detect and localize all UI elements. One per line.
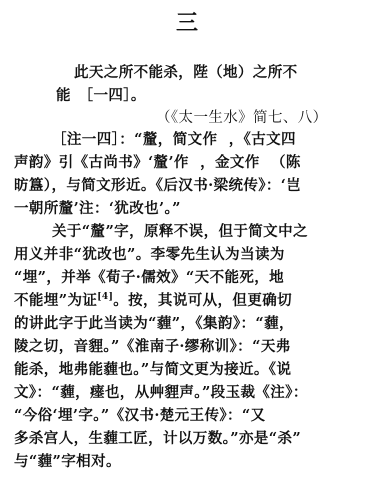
body-line: 文》：“薶，瘗也，从艸貍声。”段玉裁《注》：	[14, 382, 320, 404]
note-line: 昉簋），与简文形近。《后汉书·梁统传》：‘岂	[14, 175, 320, 197]
note-line: 声韵》引《古尚书》‘釐’作 𠫬 ，金文作 𠫬 （陈	[14, 152, 320, 174]
quote-source: （《太一生水》简七、八）	[14, 107, 374, 129]
footnote-ref: [4]	[97, 292, 113, 302]
quote-line: 能 ［一四］。	[14, 85, 362, 107]
body-line: “埋”，并举《荀子·儒效》“天不能死，地	[14, 267, 320, 289]
body-line: 能杀，地弗能薶也。”与简文更为接近。《说	[14, 359, 320, 381]
body-line: “今俗‘埋’字。”《汉书·楚元王传》：“又	[14, 405, 320, 427]
section-number: 三	[0, 6, 374, 37]
body-line: 陵之切，音貍。”《淮南子·缪称训》：“天弗	[14, 336, 320, 358]
body-line: 多杀宫人，生薶工匠，计以万数。”亦是“杀”	[14, 428, 320, 450]
body-line: 不能埋”为证[4]。按，其说可从，但更确切	[14, 290, 320, 312]
body-line: 用义并非“犹改也”。李零先生认为当读为	[14, 244, 320, 266]
document-page: 三 此天之所不能杀，陛（地）之所不 能 ［一四］。 （《太一生水》简七、八） ［…	[0, 0, 374, 488]
body-line: 关于“釐”字，原释不误，但于简文中之	[14, 221, 358, 243]
quote-line: 此天之所不能杀，陛（地）之所不	[14, 62, 334, 84]
body-line: 的讲此字于此当读为“薶”，《集韵》：“薶，	[14, 313, 320, 335]
body-line: 与“薶”字相对。	[14, 451, 320, 473]
note-line: 一朝所釐’注：‘犹改也’。”	[14, 198, 320, 220]
note-line: ［注一四］：“釐，简文作 𥻳 ，《古文四	[14, 129, 358, 151]
